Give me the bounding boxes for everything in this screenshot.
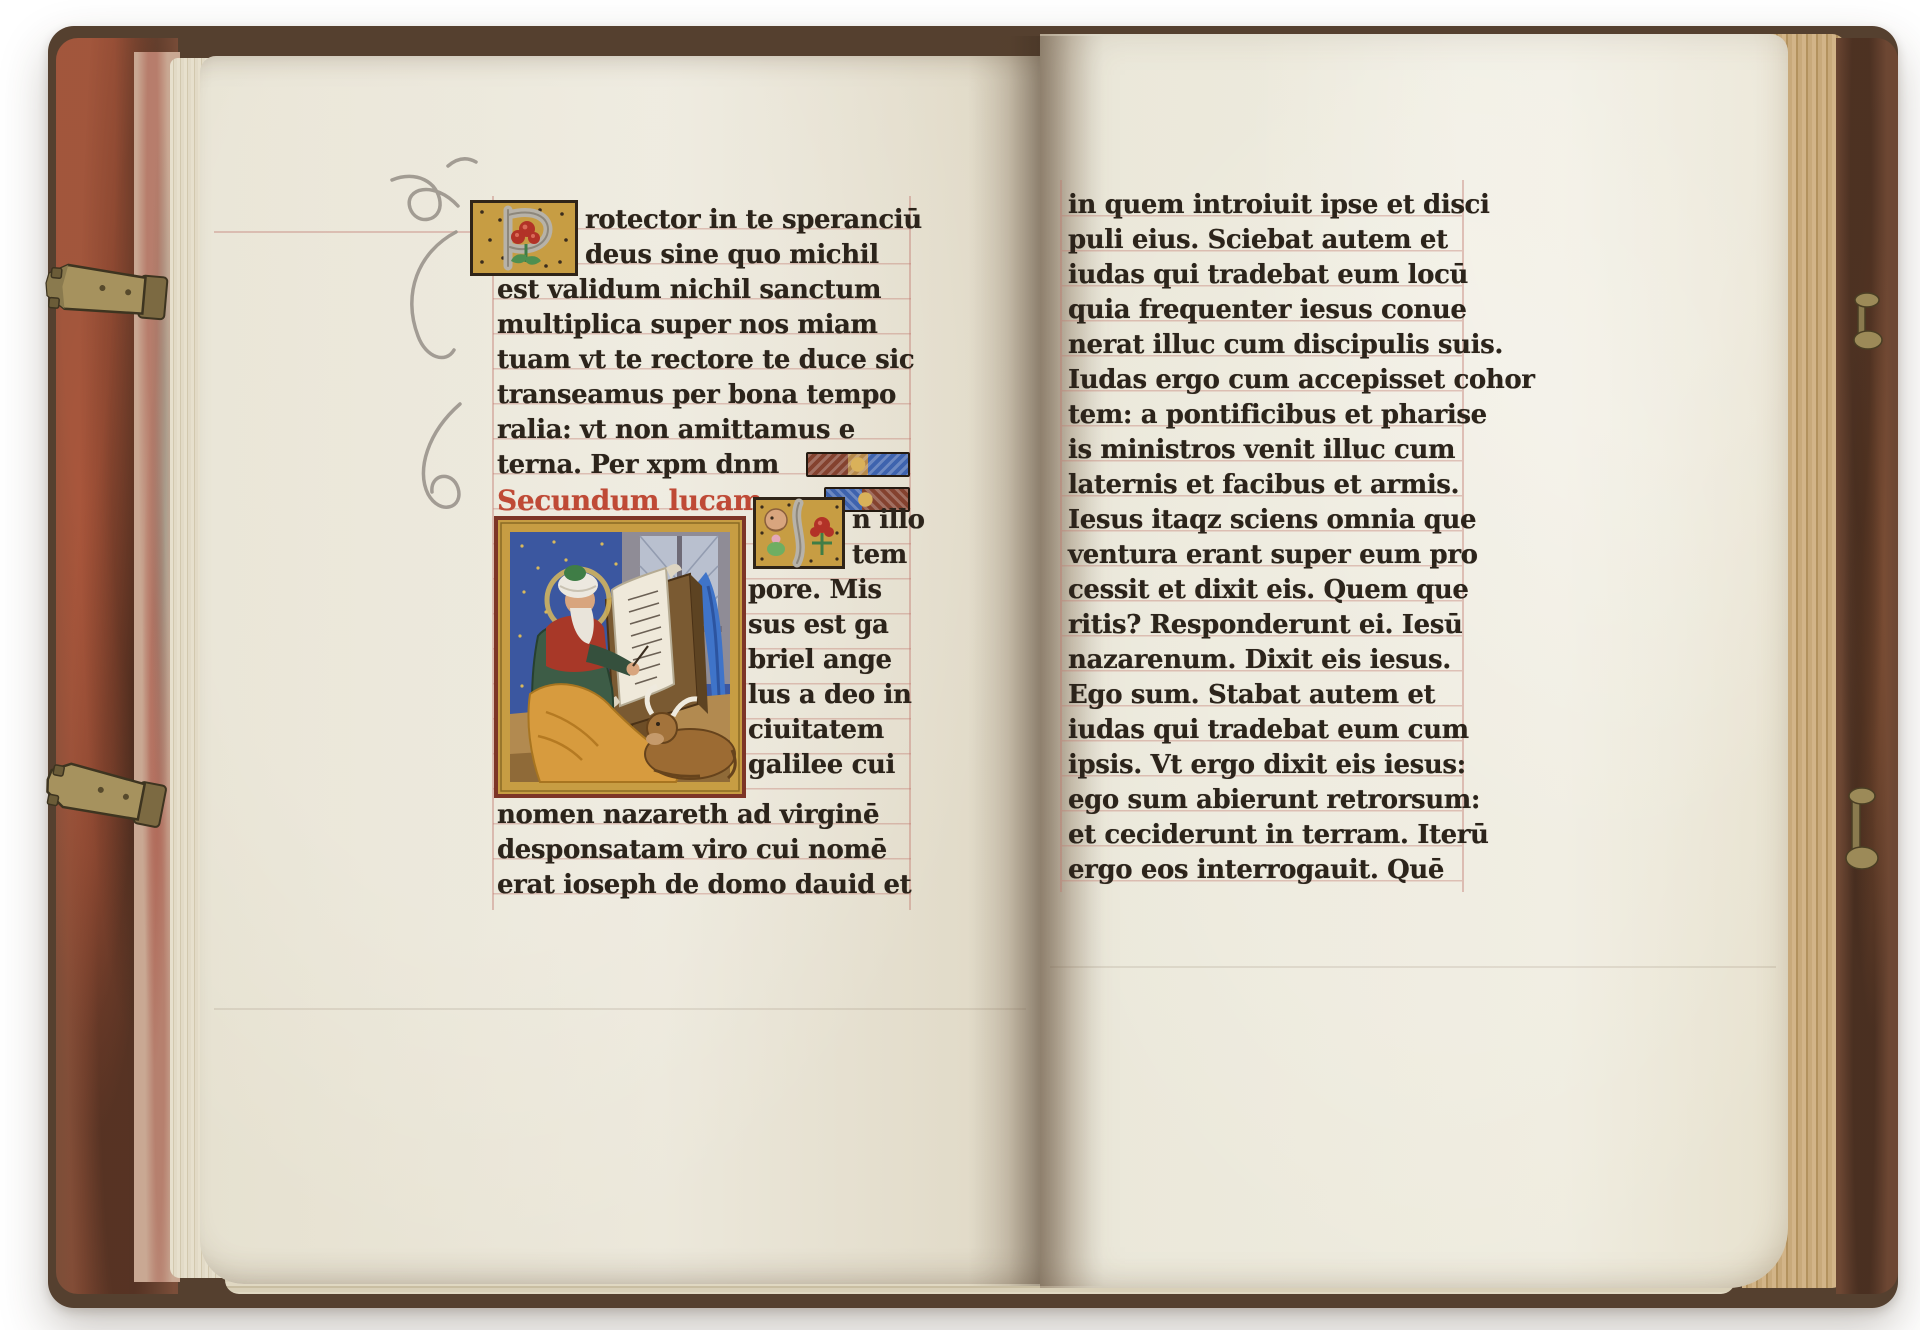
- text-line: erat ioseph de domo dauid et: [497, 868, 911, 903]
- text-line: laternis et facibus et armis.: [1068, 468, 1535, 503]
- text-line: ritis? Responderunt ei. Iesū: [1068, 608, 1535, 643]
- text-line: nerat illuc cum discipulis suis.: [1068, 328, 1535, 363]
- text-line: iudas qui tradebat eum cum: [1068, 713, 1535, 748]
- text-line: sus est ga: [748, 608, 911, 643]
- text-line: Iesus itaqz sciens omnia que: [1068, 503, 1535, 538]
- clasp-strap-top-left: [34, 256, 171, 329]
- photo-canvas: rotector in te speranciūdeus sine quo mi…: [0, 0, 1920, 1330]
- text-line: tuam vt te rectore te duce sic: [497, 343, 914, 378]
- illuminated-initial-I: [753, 497, 845, 569]
- text-line: rotector in te speranciū: [585, 203, 922, 238]
- text-line: ventura erant super eum pro: [1068, 538, 1535, 573]
- text-line: ralia: vt non amittamus e: [497, 413, 914, 448]
- text-line: is ministros venit illuc cum: [1068, 433, 1535, 468]
- text-line: nomen nazareth ad virginē: [497, 798, 911, 833]
- line-filler-ornament: [806, 452, 910, 477]
- right-cover-leather: [1836, 38, 1898, 1294]
- text-line: et ceciderunt in terram. Iterū: [1068, 818, 1535, 853]
- right-text-block: in quem introiuit ipse et discipuli eius…: [1068, 188, 1535, 888]
- text-line: puli eius. Sciebat autem et: [1068, 223, 1535, 258]
- text-line: cessit et dixit eis. Quem que: [1068, 573, 1535, 608]
- text-line: transeamus per bona tempo: [497, 378, 914, 413]
- left-text-beside-initial: rotector in te speranciūdeus sine quo mi…: [585, 203, 922, 273]
- text-line: deus sine quo michil: [585, 238, 922, 273]
- text-line: quia frequenter iesus conue: [1068, 293, 1535, 328]
- text-line: tem: a pontificibus et pharise: [1068, 398, 1535, 433]
- text-line: ciuitatem: [748, 713, 911, 748]
- text-line: est validum nichil sanctum: [497, 273, 914, 308]
- text-line: Ego sum. Stabat autem et: [1068, 678, 1535, 713]
- text-line: iudas qui tradebat eum locū: [1068, 258, 1535, 293]
- text-line: Iudas ergo cum accepisset cohor: [1068, 363, 1535, 398]
- left-text-beside-initial-I: n illotem: [852, 503, 925, 573]
- text-line: in quem introiuit ipse et disci: [1068, 188, 1535, 223]
- miniature-luke-writing: [494, 516, 746, 798]
- text-line: multiplica super nos miam: [497, 308, 914, 343]
- left-text-below-miniature: nomen nazareth ad virginēdesponsatam vir…: [497, 798, 911, 903]
- text-line: ipsis. Vt ergo dixit eis iesus:: [1068, 748, 1535, 783]
- clasp-catch-top-right: [1842, 288, 1884, 354]
- clasp-catch-bottom-right: [1834, 782, 1882, 874]
- text-line: pore. Mis: [748, 573, 911, 608]
- text-line: briel ange: [748, 643, 911, 678]
- left-page-crease: [214, 1008, 1026, 1010]
- right-left-margin-rule: [1060, 180, 1062, 892]
- text-line: lus a deo in: [748, 678, 911, 713]
- text-line: ego sum abierunt retrorsum:: [1068, 783, 1535, 818]
- text-line: n illo: [852, 503, 925, 538]
- illuminated-initial-P: [470, 200, 578, 276]
- text-line: ergo eos interrogauit. Quē: [1068, 853, 1535, 888]
- rubric-secundum-lucam: Secundum lucam: [497, 483, 762, 518]
- text-line: desponsatam viro cui nomē: [497, 833, 911, 868]
- right-page-crease: [1050, 966, 1776, 968]
- left-text-beside-miniature: pore. Missus est gabriel angelus a deo i…: [748, 573, 911, 783]
- text-line: tem: [852, 538, 925, 573]
- text-line: nazarenum. Dixit eis iesus.: [1068, 643, 1535, 678]
- text-line: galilee cui: [748, 748, 911, 783]
